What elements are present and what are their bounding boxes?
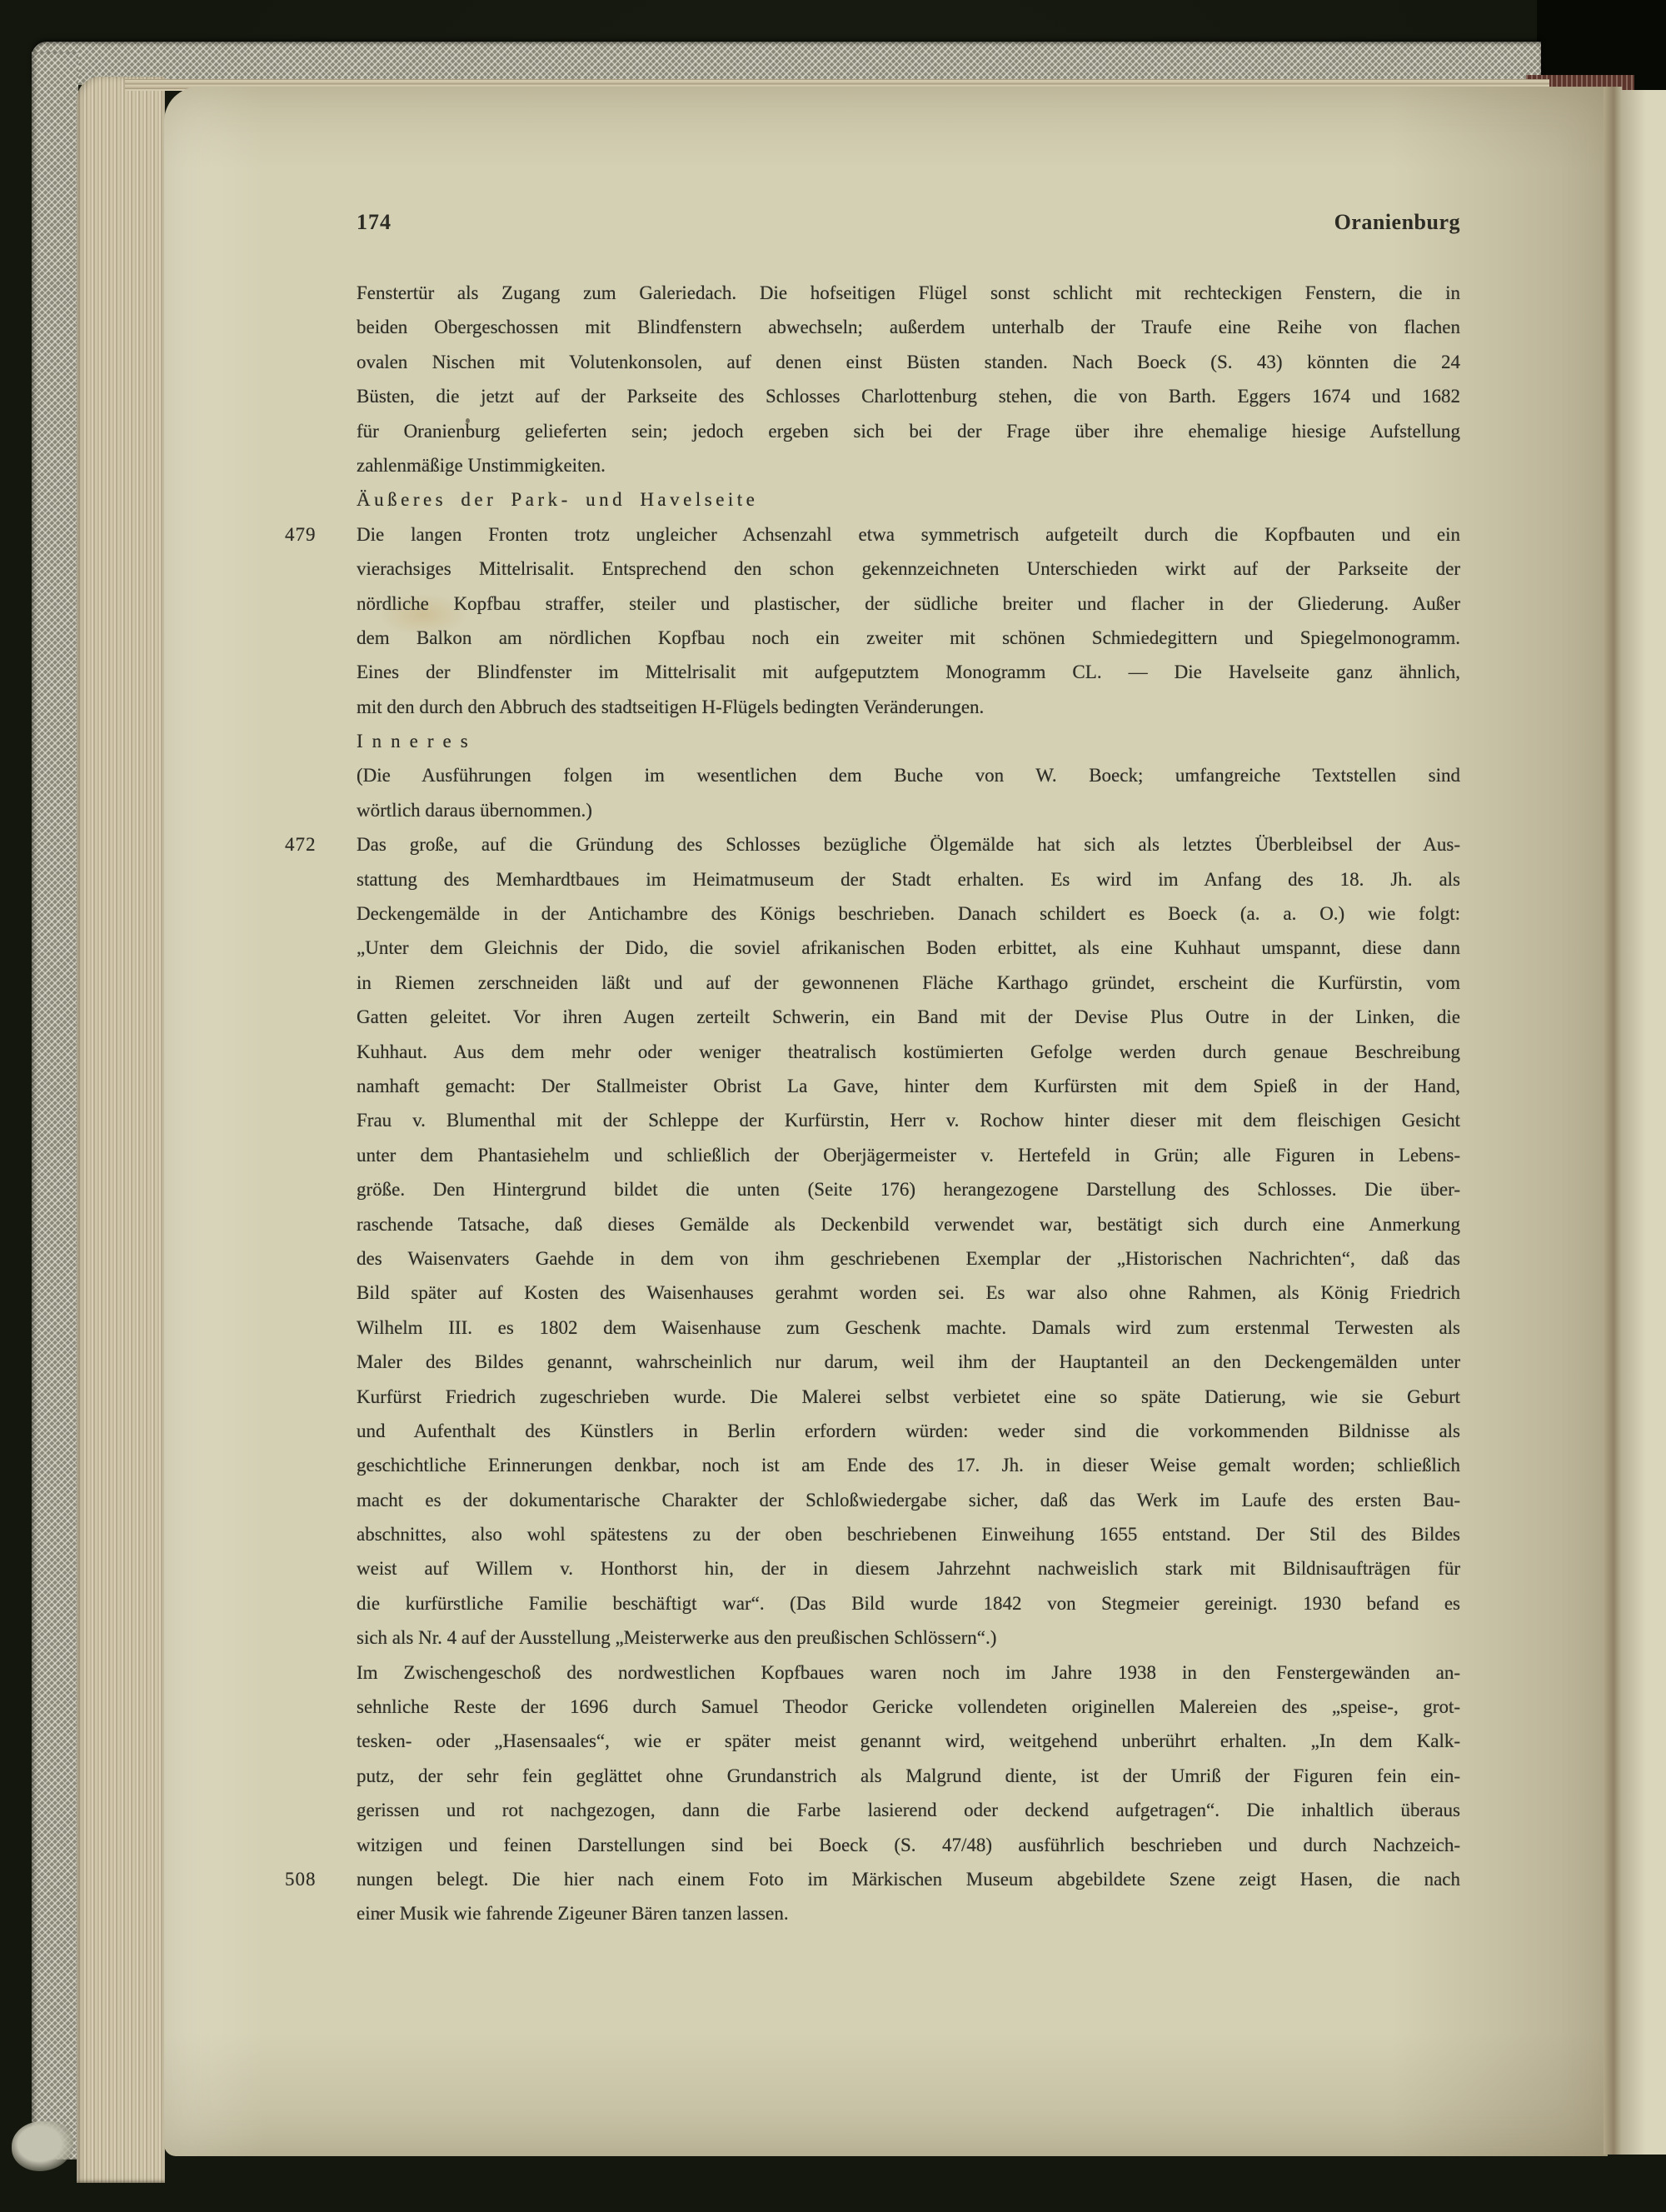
text-line-content: Eines der Blindfenster im Mittelrisalit … [357, 662, 1460, 682]
text-line: 479Die langen Fronten trotz ungleicher A… [357, 517, 1460, 552]
text-line-content: geschichtliche Erinnerungen denkbar, noc… [357, 1455, 1460, 1475]
text-line: 508nungen belegt. Die hier nach einem Fo… [357, 1862, 1460, 1896]
text-line: Büsten, die jetzt auf der Parkseite des … [357, 379, 1460, 413]
text-line: 472Das große, auf die Gründung des Schlo… [357, 827, 1460, 861]
text-line: Bild später auf Kosten des Waisenhauses … [357, 1276, 1460, 1310]
text-line-content: Kuhhaut. Aus dem mehr oder weniger theat… [357, 1041, 1460, 1062]
text-block: Fenstertür als Zugang zum Galeriedach. D… [357, 276, 1460, 1931]
section-heading: Inneres [357, 724, 1460, 758]
text-line-content: Frau v. Blumenthal mit der Schleppe der … [357, 1110, 1460, 1131]
text-line: tesken- oder „Hasensaales“, wie er späte… [357, 1724, 1460, 1758]
text-line: des Waisenvaters Gaehde in dem von ihm g… [357, 1241, 1460, 1276]
facing-page-edge [1622, 90, 1666, 2155]
text-line-content: (Die Ausführungen folgen im wesentlichen… [357, 765, 1460, 786]
frayed-thread [12, 2121, 73, 2171]
text-line: für Oranienburg gelieferten sein; jedoch… [357, 414, 1460, 448]
text-line-content: zahlenmäßige Unstimmigkeiten. [357, 455, 606, 476]
text-line: größe. Den Hintergrund bildet die unten … [357, 1172, 1460, 1206]
text-line: unter dem Phantasiehelm und schließlich … [357, 1138, 1460, 1172]
gutter-shadow [1604, 87, 1622, 2155]
text-line: Im Zwischengeschoß des nordwestlichen Ko… [357, 1655, 1460, 1690]
text-line-content: größe. Den Hintergrund bildet die unten … [357, 1179, 1460, 1200]
text-line: sehnliche Reste der 1696 durch Samuel Th… [357, 1690, 1460, 1724]
section-heading: Äußeres der Park- und Havelseite [357, 482, 1460, 517]
text-line: namhaft gemacht: Der Stallmeister Obrist… [357, 1069, 1460, 1103]
margin-number: 508 [285, 1862, 340, 1896]
text-line: wörtlich daraus übernommen.) [357, 793, 1460, 827]
text-line: witzigen und feinen Darstellungen sind b… [357, 1828, 1460, 1862]
text-line-content: sich als Nr. 4 auf der Ausstellung „Meis… [357, 1627, 996, 1648]
text-line-content: unter dem Phantasiehelm und schließlich … [357, 1145, 1460, 1166]
text-line: „Unter dem Gleichnis der Dido, die sovie… [357, 931, 1460, 965]
text-line: geschichtliche Erinnerungen denkbar, noc… [357, 1448, 1460, 1482]
text-line-content: „Unter dem Gleichnis der Dido, die sovie… [357, 937, 1460, 958]
text-line: Deckengemälde in der Antichambre des Kön… [357, 896, 1460, 931]
text-line-content: Wilhelm III. es 1802 dem Waisenhause zum… [357, 1317, 1460, 1338]
text-line: putz, der sehr fein geglättet ohne Grund… [357, 1759, 1460, 1793]
text-line-content: Die langen Fronten trotz ungleicher Achs… [357, 524, 1460, 545]
text-line-content: beiden Obergeschossen mit Blindfenstern … [357, 317, 1460, 337]
text-line: abschnittes, also wohl spätestens zu der… [357, 1517, 1460, 1551]
text-line-content: Fenstertür als Zugang zum Galeriedach. D… [357, 282, 1460, 303]
text-line-content: sehnliche Reste der 1696 durch Samuel Th… [357, 1696, 1460, 1717]
text-line: beiden Obergeschossen mit Blindfenstern … [357, 310, 1460, 344]
text-line: die kurfürstliche Familie beschäftigt wa… [357, 1586, 1460, 1620]
text-line-content: Im Zwischengeschoß des nordwestlichen Ko… [357, 1662, 1460, 1683]
text-line: einer Musik wie fahrende Zigeuner Bären … [357, 1896, 1460, 1930]
margin-number: 472 [285, 827, 340, 861]
text-line: sich als Nr. 4 auf der Ausstellung „Meis… [357, 1620, 1460, 1655]
text-line-content: und Aufenthalt des Künstlers in Berlin e… [357, 1421, 1460, 1441]
text-line-content: dem Balkon am nördlichen Kopfbau noch ei… [357, 627, 1460, 648]
text-line: nördliche Kopfbau straffer, steiler und … [357, 587, 1460, 621]
text-line: Fenstertür als Zugang zum Galeriedach. D… [357, 276, 1460, 310]
page-number: 174 [357, 210, 392, 235]
text-line-content: mit den durch den Abbruch des stadtseiti… [357, 697, 984, 717]
text-line-content: witzigen und feinen Darstellungen sind b… [357, 1835, 1460, 1855]
text-line: Gatten geleitet. Vor ihren Augen zerteil… [357, 1000, 1460, 1034]
text-line-content: nördliche Kopfbau straffer, steiler und … [357, 593, 1460, 614]
text-line: mit den durch den Abbruch des stadtseiti… [357, 690, 1460, 724]
text-line-content: in Riemen zerschneiden läßt und auf der … [357, 972, 1460, 993]
text-line-content: Kurfürst Friedrich zugeschrieben wurde. … [357, 1386, 1460, 1407]
binding-cloth-left-edge [32, 52, 78, 2160]
text-line-content: die kurfürstliche Familie beschäftigt wa… [357, 1593, 1460, 1614]
text-line-content: Inneres [357, 731, 477, 751]
page-header-row: 174 Oranienburg [357, 210, 1460, 243]
text-line: weist auf Willem v. Honthorst hin, der i… [357, 1551, 1460, 1585]
text-line-content: Gatten geleitet. Vor ihren Augen zerteil… [357, 1006, 1460, 1027]
text-line-content: Deckengemälde in der Antichambre des Kön… [357, 903, 1460, 924]
running-header: Oranienburg [1334, 210, 1460, 235]
text-line-content: Bild später auf Kosten des Waisenhauses … [357, 1282, 1460, 1303]
text-line-content: tesken- oder „Hasensaales“, wie er späte… [357, 1730, 1460, 1751]
text-line-content: raschende Tatsache, daß dieses Gemälde a… [357, 1214, 1460, 1235]
text-line-content: einer Musik wie fahrende Zigeuner Bären … [357, 1903, 789, 1924]
text-line-content: abschnittes, also wohl spätestens zu der… [357, 1524, 1460, 1545]
text-line-content: vierachsiges Mittelrisalit. Entsprechend… [357, 558, 1460, 579]
text-line: zahlenmäßige Unstimmigkeiten. [357, 448, 1460, 482]
text-line-content: Äußeres der Park- und Havelseite [357, 489, 758, 510]
book-scan-photo: 174 Oranienburg Fenstertür als Zugang zu… [0, 0, 1666, 2212]
text-line-content: gerissen und rot nachgezogen, dann die F… [357, 1800, 1460, 1820]
text-line-content: wörtlich daraus übernommen.) [357, 800, 592, 821]
text-line: in Riemen zerschneiden läßt und auf der … [357, 966, 1460, 1000]
text-line: macht es der dokumentarische Charakter d… [357, 1483, 1460, 1517]
text-line: Kuhhaut. Aus dem mehr oder weniger theat… [357, 1035, 1460, 1069]
text-line: Kurfürst Friedrich zugeschrieben wurde. … [357, 1380, 1460, 1414]
text-line: Eines der Blindfenster im Mittelrisalit … [357, 655, 1460, 689]
text-line-content: Büsten, die jetzt auf der Parkseite des … [357, 386, 1460, 407]
text-line-content: putz, der sehr fein geglättet ohne Grund… [357, 1765, 1460, 1786]
text-line: gerissen und rot nachgezogen, dann die F… [357, 1793, 1460, 1827]
text-line-content: weist auf Willem v. Honthorst hin, der i… [357, 1558, 1460, 1579]
text-line-content: macht es der dokumentarische Charakter d… [357, 1490, 1460, 1510]
text-line: stattung des Memhardtbaues im Heimatmuse… [357, 862, 1460, 896]
text-line-content: ovalen Nischen mit Volutenkonsolen, auf … [357, 352, 1460, 372]
text-line: ovalen Nischen mit Volutenkonsolen, auf … [357, 345, 1460, 379]
text-line-content: des Waisenvaters Gaehde in dem von ihm g… [357, 1248, 1460, 1269]
text-line: Maler des Bildes genannt, wahrscheinlich… [357, 1345, 1460, 1379]
text-line: und Aufenthalt des Künstlers in Berlin e… [357, 1414, 1460, 1448]
text-line: Wilhelm III. es 1802 dem Waisenhause zum… [357, 1311, 1460, 1345]
text-line: (Die Ausführungen folgen im wesentlichen… [357, 758, 1460, 792]
text-line-content: nungen belegt. Die hier nach einem Foto … [357, 1869, 1460, 1890]
text-line: vierachsiges Mittelrisalit. Entsprechend… [357, 552, 1460, 586]
text-line-content: Maler des Bildes genannt, wahrscheinlich… [357, 1351, 1460, 1372]
text-line: Frau v. Blumenthal mit der Schleppe der … [357, 1103, 1460, 1137]
text-line-content: Das große, auf die Gründung des Schlosse… [357, 834, 1460, 855]
text-line: raschende Tatsache, daß dieses Gemälde a… [357, 1207, 1460, 1241]
text-line: dem Balkon am nördlichen Kopfbau noch ei… [357, 621, 1460, 655]
text-line-content: für Oranienburg gelieferten sein; jedoch… [357, 421, 1460, 442]
text-line-content: namhaft gemacht: Der Stallmeister Obrist… [357, 1076, 1460, 1096]
margin-number: 479 [285, 517, 340, 552]
page-edge-stack-left [77, 77, 165, 2183]
text-line-content: stattung des Memhardtbaues im Heimatmuse… [357, 869, 1460, 890]
